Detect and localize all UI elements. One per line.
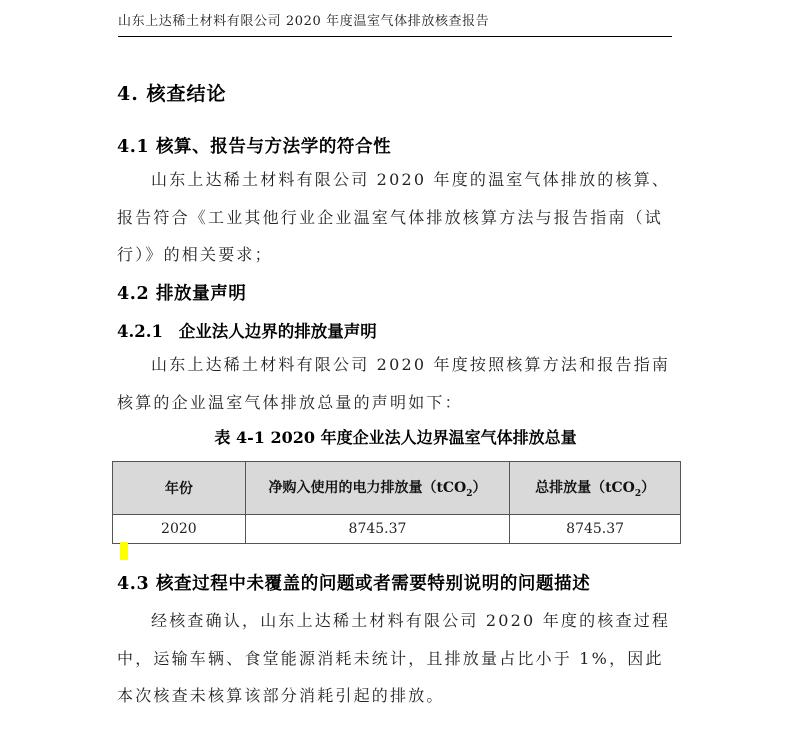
section-4-2-1-paragraph: 山东上达稀土材料有限公司 2020 年度按照核算方法和报告指南 核算的企业温室气…: [117, 346, 673, 421]
column-header-total-emissions: 总排放量（tCO2）: [510, 462, 681, 515]
cell-total-emissions: 8745.37: [510, 515, 681, 544]
header-suffix: ）: [473, 480, 487, 496]
paragraph-line: 行）》的相关要求；: [117, 236, 673, 274]
section-4-2-heading: 4.2 排放量声明: [117, 280, 246, 305]
highlight-marker: [120, 542, 128, 560]
paragraph-line: 山东上达稀土材料有限公司 2020 年度按照核算方法和报告指南: [117, 346, 673, 384]
section-4-heading: 4. 核查结论: [117, 79, 226, 106]
table-row: 2020 8745.37 8745.37: [113, 515, 681, 544]
paragraph-line: 核算的企业温室气体排放总量的声明如下：: [117, 384, 673, 422]
cell-year: 2020: [113, 515, 246, 544]
paragraph-line: 中，运输车辆、食堂能源消耗未统计，且排放量占比小于 1%，因此: [117, 640, 673, 678]
paragraph-line: 报告符合《工业其他行业企业温室气体排放核算方法与报告指南（试: [117, 199, 673, 237]
report-title: 山东上达稀土材料有限公司 2020 年度温室气体排放核查报告: [118, 14, 489, 29]
header-text: 年份: [165, 481, 193, 497]
table-caption: 表 4-1 2020 年度企业法人边界温室气体排放总量: [0, 425, 791, 448]
section-4-2-1-heading: 4.2.1 企业法人边界的排放量声明: [117, 318, 377, 342]
column-header-electricity-emissions: 净购入使用的电力排放量（tCO2）: [245, 462, 510, 515]
section-4-1-paragraph: 山东上达稀土材料有限公司 2020 年度的温室气体排放的核算、 报告符合《工业其…: [117, 161, 673, 274]
header-text: 净购入使用的电力排放量（tCO: [268, 480, 466, 496]
paragraph-line: 经核查确认，山东上达稀土材料有限公司 2020 年度的核查过程: [117, 602, 673, 640]
section-4-3-paragraph: 经核查确认，山东上达稀土材料有限公司 2020 年度的核查过程 中，运输车辆、食…: [117, 602, 673, 715]
paragraph-line: 山东上达稀土材料有限公司 2020 年度的温室气体排放的核算、: [117, 161, 673, 199]
section-title: 企业法人边界的排放量声明: [179, 322, 377, 341]
section-number: 4.2.1: [117, 322, 173, 341]
page-header: 山东上达稀土材料有限公司 2020 年度温室气体排放核查报告: [118, 12, 672, 37]
column-header-year: 年份: [113, 462, 246, 515]
table-header-row: 年份 净购入使用的电力排放量（tCO2） 总排放量（tCO2）: [113, 462, 681, 515]
emissions-table: 年份 净购入使用的电力排放量（tCO2） 总排放量（tCO2） 2020 874…: [112, 461, 681, 544]
paragraph-line: 本次核查未核算该部分消耗引起的排放。: [117, 677, 673, 715]
section-4-1-heading: 4.1 核算、报告与方法学的符合性: [117, 133, 391, 158]
section-4-3-heading: 4.3 核查过程中未覆盖的问题或者需要特别说明的问题描述: [117, 570, 590, 595]
header-suffix: ）: [641, 480, 655, 496]
cell-electricity-emissions: 8745.37: [245, 515, 510, 544]
header-text: 总排放量（tCO: [535, 480, 635, 496]
